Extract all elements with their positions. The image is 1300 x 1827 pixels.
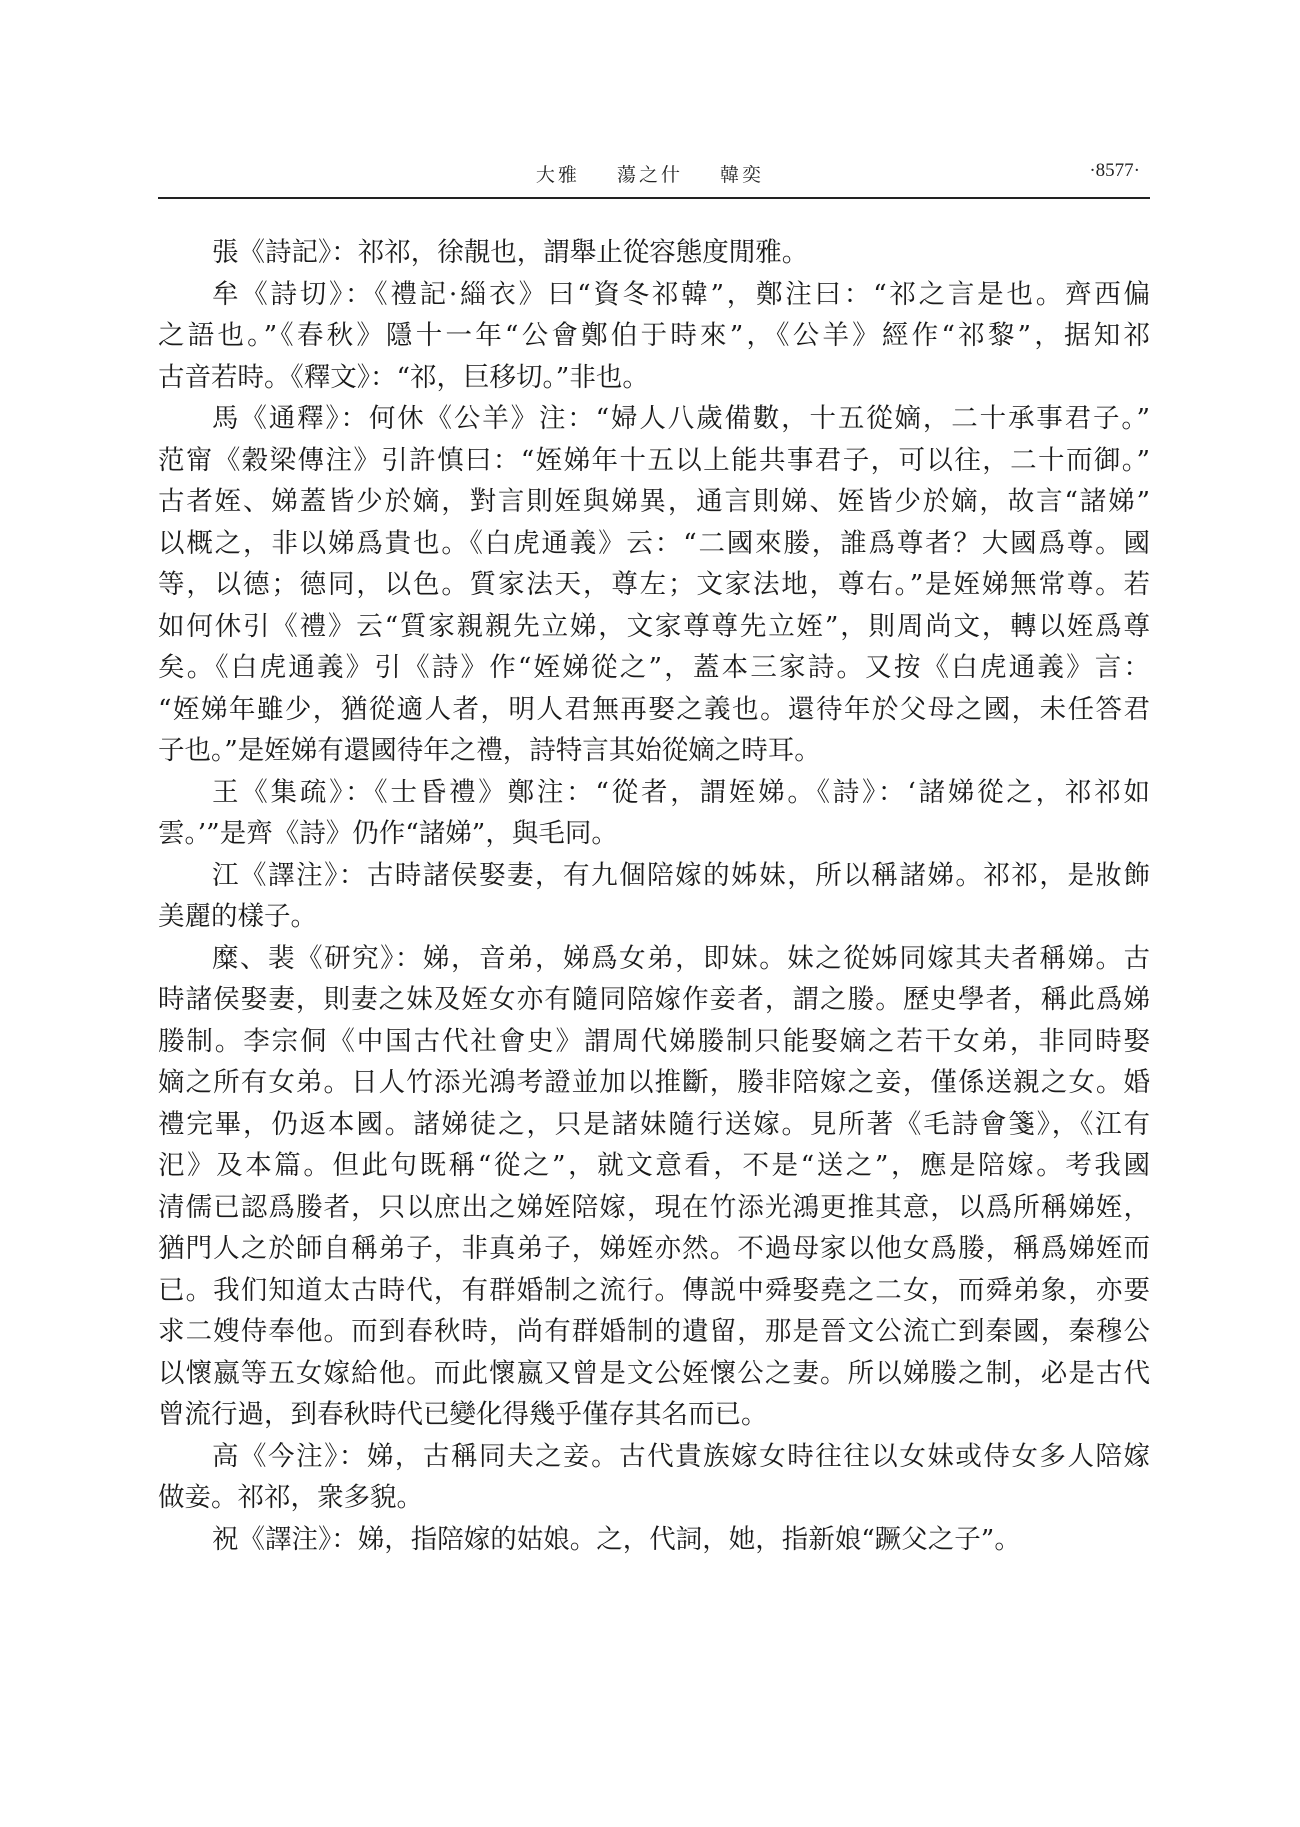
text-line: 猶門人之於師自稱弟子，非真弟子，娣姪亦然。不過母家以他女爲媵，稱爲娣姪而 [158,1228,1150,1270]
text-line: 糜、裴《研究》：娣，音弟，娣爲女弟，即妹。妹之從姊同嫁其夫者稱娣。古 [158,938,1150,980]
text-line: 張《詩記》：祁祁，徐靚也，謂舉止從容態度閒雅。 [158,232,1150,274]
text-line: 之語也。”《春秋》隱十一年“公會鄭伯于時來”，《公羊》經作“祁黎”，据知祁 [158,315,1150,357]
text-line: 時諸侯娶妻，則妻之妹及姪女亦有隨同陪嫁作妾者，謂之媵。歷史學者，稱此爲娣 [158,979,1150,1021]
text-line: 以概之，非以娣爲貴也。《白虎通義》云：“二國來媵，誰爲尊者？大國爲尊。國 [158,523,1150,565]
text-line: 美麗的樣子。 [158,896,1150,938]
paragraph-ma-tongshi: 馬《通釋》：何休《公羊》注：“婦人八歲備數，十五從嫡，二十承事君子。” 范甯《穀… [158,398,1150,772]
paragraph-zhang-shiji: 張《詩記》：祁祁，徐靚也，謂舉止從容態度閒雅。 [158,232,1150,274]
text-line: 以懷嬴等五女嫁給他。而此懷嬴又曾是文公姪懷公之妻。所以娣媵之制，必是古代 [158,1353,1150,1395]
text-line: 江《譯注》：古時諸侯娶妻，有九個陪嫁的姊妹，所以稱諸娣。祁祁，是妝飾 [158,855,1150,897]
running-title-part: 蕩之什 [617,164,683,186]
page-header: 大雅 蕩之什 韓奕 ·8577· [0,140,1300,190]
text-line: 禮完畢，仍返本國。諸娣徒之，只是諸妹隨行送嫁。見所著《毛詩會箋》，《江有 [158,1104,1150,1146]
text-line: 馬《通釋》：何休《公羊》注：“婦人八歲備數，十五從嫡，二十承事君子。” [158,398,1150,440]
text-line: 汜》及本篇。但此句既稱“從之”，就文意看，不是“送之”，應是陪嫁。考我國 [158,1145,1150,1187]
text-line: 古者姪、娣蓋皆少於嫡，對言則姪與娣異，通言則娣、姪皆少於嫡，故言“諸娣” [158,481,1150,523]
header-rule [158,197,1150,199]
text-line: 祝《譯注》：娣，指陪嫁的姑娘。之，代詞，她，指新娘“蹶父之子”。 [158,1519,1150,1561]
paragraph-zhu-yizhu: 祝《譯注》：娣，指陪嫁的姑娘。之，代詞，她，指新娘“蹶父之子”。 [158,1519,1150,1561]
text-line: 子也。”是姪娣有還國待年之禮，詩特言其始從嫡之時耳。 [158,730,1150,772]
paragraph-gao-jinzhu: 高《今注》：娣，古稱同夫之妾。古代貴族嫁女時往往以女妹或侍女多人陪嫁 做妾。祁祁… [158,1436,1150,1519]
page-number: ·8577· [1089,160,1140,182]
text-line: 做妾。祁祁，衆多貌。 [158,1477,1150,1519]
text-line: 雲。’”是齊《詩》仍作“諸娣”，與毛同。 [158,813,1150,855]
paragraph-mou-shiqie: 牟《詩切》：《禮記·緇衣》曰“資冬祁韓”，鄭注曰：“祁之言是也。齊西偏 之語也。… [158,274,1150,399]
text-line: 王《集疏》：《士昏禮》鄭注：“從者，謂姪娣。《詩》：‘諸娣從之，祁祁如 [158,772,1150,814]
text-line: 等，以德；德同，以色。質家法天，尊左；文家法地，尊右。”是姪娣無常尊。若 [158,564,1150,606]
text-line: 矣。《白虎通義》引《詩》作“姪娣從之”，蓋本三家詩。又按《白虎通義》言： [158,647,1150,689]
text-line: 曾流行過，到春秋時代已變化得幾乎僅存其名而已。 [158,1394,1150,1436]
body-text: 張《詩記》：祁祁，徐靚也，謂舉止從容態度閒雅。 牟《詩切》：《禮記·緇衣》曰“資… [158,232,1150,1560]
text-line: 媵制。李宗侗《中国古代社會史》謂周代娣媵制只能娶嫡之若干女弟，非同時娶 [158,1021,1150,1063]
running-title-part: 大雅 [536,164,580,186]
text-line: 高《今注》：娣，古稱同夫之妾。古代貴族嫁女時往往以女妹或侍女多人陪嫁 [158,1436,1150,1478]
text-line: 求二嫂侍奉他。而到春秋時，尚有群婚制的遺留，那是晉文公流亡到秦國，秦穆公 [158,1311,1150,1353]
text-line: 古音若時。《釋文》：“祁，巨移切。”非也。 [158,357,1150,399]
text-line: 范甯《穀梁傳注》引許慎曰：“姪娣年十五以上能共事君子，可以往，二十而御。” [158,440,1150,482]
text-line: 已。我们知道太古時代，有群婚制之流行。傳説中舜娶堯之二女，而舜弟象，亦要 [158,1270,1150,1312]
paragraph-jiang-yizhu: 江《譯注》：古時諸侯娶妻，有九個陪嫁的姊妹，所以稱諸娣。祁祁，是妝飾 美麗的樣子… [158,855,1150,938]
paragraph-mi-pei-yanjiu: 糜、裴《研究》：娣，音弟，娣爲女弟，即妹。妹之從姊同嫁其夫者稱娣。古 時諸侯娶妻… [158,938,1150,1436]
paragraph-wang-jishu: 王《集疏》：《士昏禮》鄭注：“從者，謂姪娣。《詩》：‘諸娣從之，祁祁如 雲。’”… [158,772,1150,855]
text-line: 牟《詩切》：《禮記·緇衣》曰“資冬祁韓”，鄭注曰：“祁之言是也。齊西偏 [158,274,1150,316]
text-line: 嫡之所有女弟。日人竹添光鴻考證並加以推斷，媵非陪嫁之妾，僅係送親之女。婚 [158,1062,1150,1104]
text-line: 如何休引《禮》云“質家親親先立娣，文家尊尊先立姪”，則周尚文，轉以姪爲尊 [158,606,1150,648]
text-line: 清儒已認爲媵者，只以庶出之娣姪陪嫁，現在竹添光鴻更推其意，以爲所稱娣姪， [158,1187,1150,1229]
text-line: “姪娣年雖少，猶從適人者，明人君無再娶之義也。還待年於父母之國，未任答君 [158,689,1150,731]
running-title-part: 韓奕 [720,164,764,186]
